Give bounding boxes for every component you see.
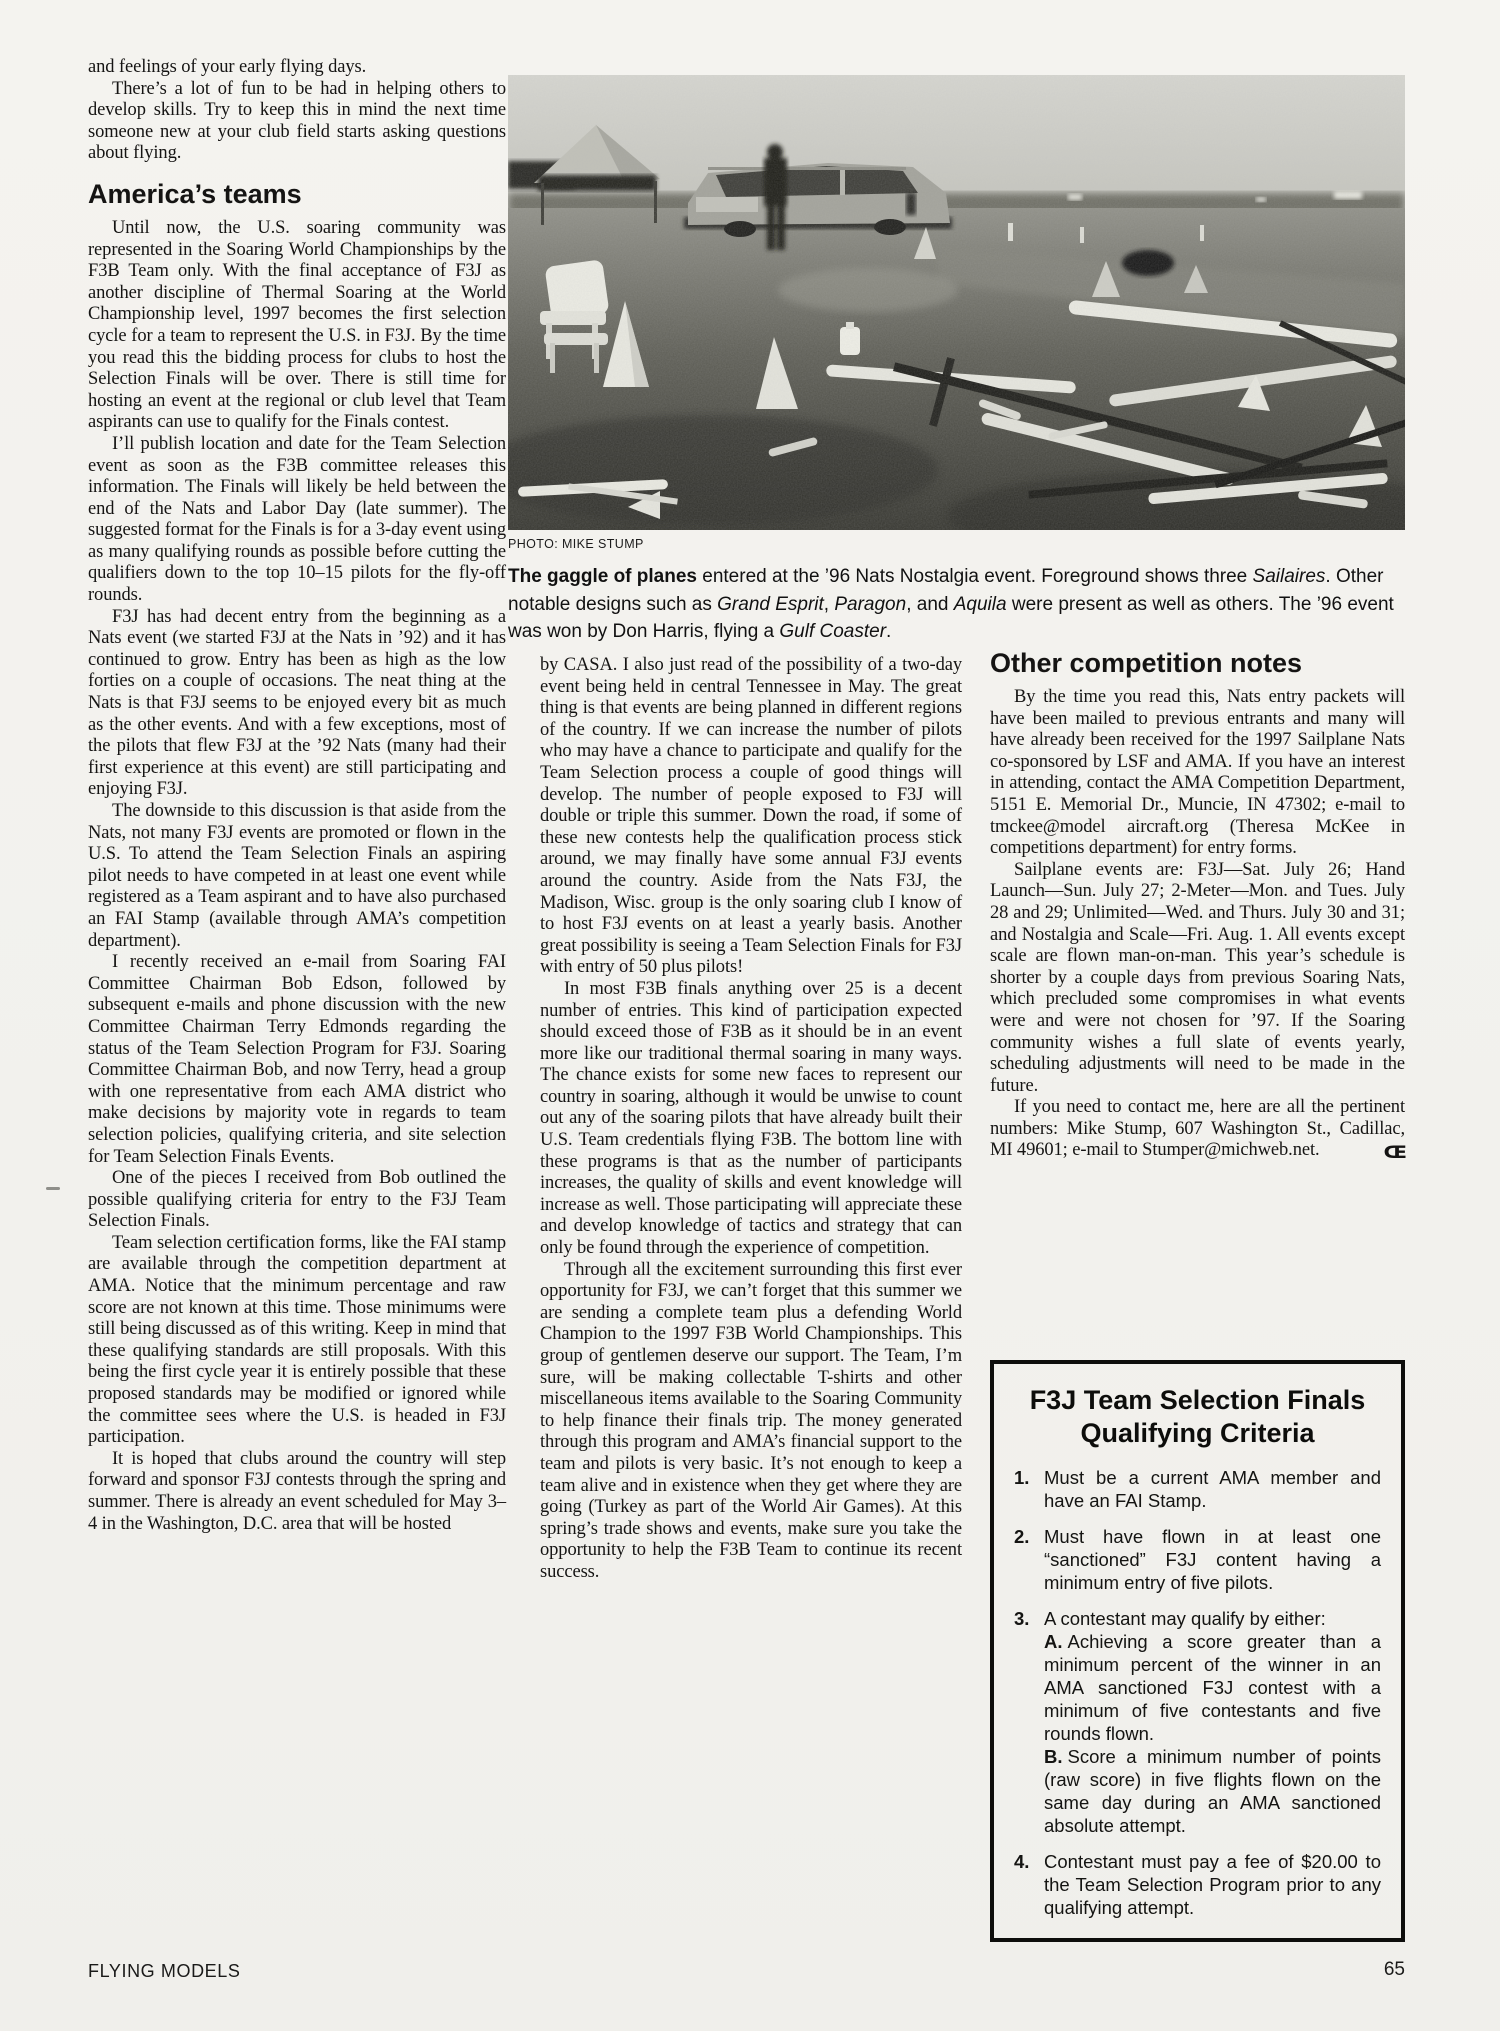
caption-text: . <box>886 621 891 642</box>
paragraph: There’s a lot of fun to be had in helpin… <box>88 79 506 165</box>
photo-illustration <box>508 75 1405 530</box>
criteria-item-3-intro: A contestant may qualify by either: <box>1044 1607 1381 1630</box>
criteria-item-3-option-a: A.Achieving a score greater than a minim… <box>1044 1630 1381 1745</box>
criteria-item-4: 4. Contestant must pay a fee of $20.00 t… <box>1014 1850 1381 1919</box>
paragraph-text: If you need to contact me, here are all … <box>990 1097 1405 1160</box>
option-a-label: A. <box>1044 1631 1063 1652</box>
qualifying-criteria-box: F3J Team Selection Finals Qualifying Cri… <box>990 1360 1405 1942</box>
criteria-item-number: 4. <box>1014 1850 1044 1919</box>
criteria-item-text: A contestant may qualify by either: A.Ac… <box>1044 1607 1381 1837</box>
paragraph: By the time you read this, Nats entry pa… <box>990 687 1405 860</box>
column-right: Other competition notes By the time you … <box>990 648 1405 1164</box>
caption-plane-name: Grand Esprit <box>717 594 824 615</box>
option-b-label: B. <box>1044 1746 1063 1767</box>
caption-text: , <box>824 594 835 615</box>
photo-credit: PHOTO: MIKE STUMP <box>508 537 1405 551</box>
page-number: 65 <box>1300 1959 1405 1981</box>
paragraph: In most F3B finals anything over 25 is a… <box>540 979 962 1260</box>
criteria-item-2: 2. Must have flown in at least one “sanc… <box>1014 1525 1381 1594</box>
paragraph: One of the pieces I received from Bob ou… <box>88 1168 506 1233</box>
end-of-article-mark: Œ <box>1360 1142 1405 1162</box>
criteria-item-number: 1. <box>1014 1466 1044 1512</box>
criteria-box-title-line1: F3J Team Selection Finals <box>1014 1384 1381 1417</box>
paragraph-continuation: by CASA. I also just read of the possibi… <box>540 655 962 979</box>
column-middle: by CASA. I also just read of the possibi… <box>540 655 962 1584</box>
magazine-name: FLYING MODELS <box>88 1961 241 1982</box>
paragraph: It is hoped that clubs around the countr… <box>88 1449 506 1535</box>
paragraph: Sailplane events are: F3J—Sat. July 26; … <box>990 860 1405 1098</box>
criteria-item-3: 3. A contestant may qualify by either: A… <box>1014 1607 1381 1837</box>
nats-field-photo <box>508 75 1405 530</box>
paragraph: The downside to this discussion is that … <box>88 801 506 952</box>
paragraph: I recently received an e-mail from Soari… <box>88 952 506 1168</box>
paragraph-continuation: and feelings of your early flying days. <box>88 57 506 79</box>
paragraph: Team selection certification forms, like… <box>88 1233 506 1449</box>
photo-block: PHOTO: MIKE STUMP The gaggle of planes e… <box>508 75 1405 646</box>
paragraph: F3J has had decent entry from the beginn… <box>88 607 506 801</box>
paragraph: Until now, the U.S. soaring community wa… <box>88 218 506 434</box>
paragraph: I’ll publish location and date for the T… <box>88 434 506 607</box>
section-heading-americas-teams: America’s teams <box>88 179 506 209</box>
option-a-text: Achieving a score greater than a minimum… <box>1044 1631 1381 1744</box>
option-b-text: Score a minimum number of points (raw sc… <box>1044 1746 1381 1836</box>
caption-plane-name: Aquila <box>954 594 1007 615</box>
caption-plane-name: Gulf Coaster <box>779 621 886 642</box>
criteria-box-title-line2: Qualifying Criteria <box>1014 1417 1381 1450</box>
criteria-item-text: Must have flown in at least one “sanctio… <box>1044 1525 1381 1594</box>
caption-plane-name: Sailaires <box>1253 566 1326 587</box>
caption-lead: The gaggle of planes <box>508 566 697 587</box>
criteria-item-3-option-b: B.Score a minimum number of points (raw … <box>1044 1745 1381 1837</box>
criteria-item-number: 2. <box>1014 1525 1044 1594</box>
section-heading-other-competition-notes: Other competition notes <box>990 648 1405 678</box>
scan-artifact-dash <box>46 1187 60 1190</box>
column-left: and feelings of your early flying days. … <box>88 57 506 1535</box>
caption-text: , and <box>906 594 954 615</box>
criteria-item-number: 3. <box>1014 1607 1044 1837</box>
criteria-item-text: Contestant must pay a fee of $20.00 to t… <box>1044 1850 1381 1919</box>
criteria-item-1: 1. Must be a current AMA member and have… <box>1014 1466 1381 1512</box>
magazine-page: and feelings of your early flying days. … <box>0 0 1500 2031</box>
criteria-item-text: Must be a current AMA member and have an… <box>1044 1466 1381 1512</box>
paragraph: Through all the excitement surrounding t… <box>540 1260 962 1584</box>
paragraph: If you need to contact me, here are all … <box>990 1097 1405 1162</box>
photo-caption: The gaggle of planes entered at the ’96 … <box>508 563 1405 646</box>
caption-plane-name: Paragon <box>834 594 906 615</box>
criteria-box-title: F3J Team Selection Finals Qualifying Cri… <box>1014 1384 1381 1450</box>
caption-text: entered at the ’96 Nats Nostalgia event.… <box>697 566 1253 587</box>
